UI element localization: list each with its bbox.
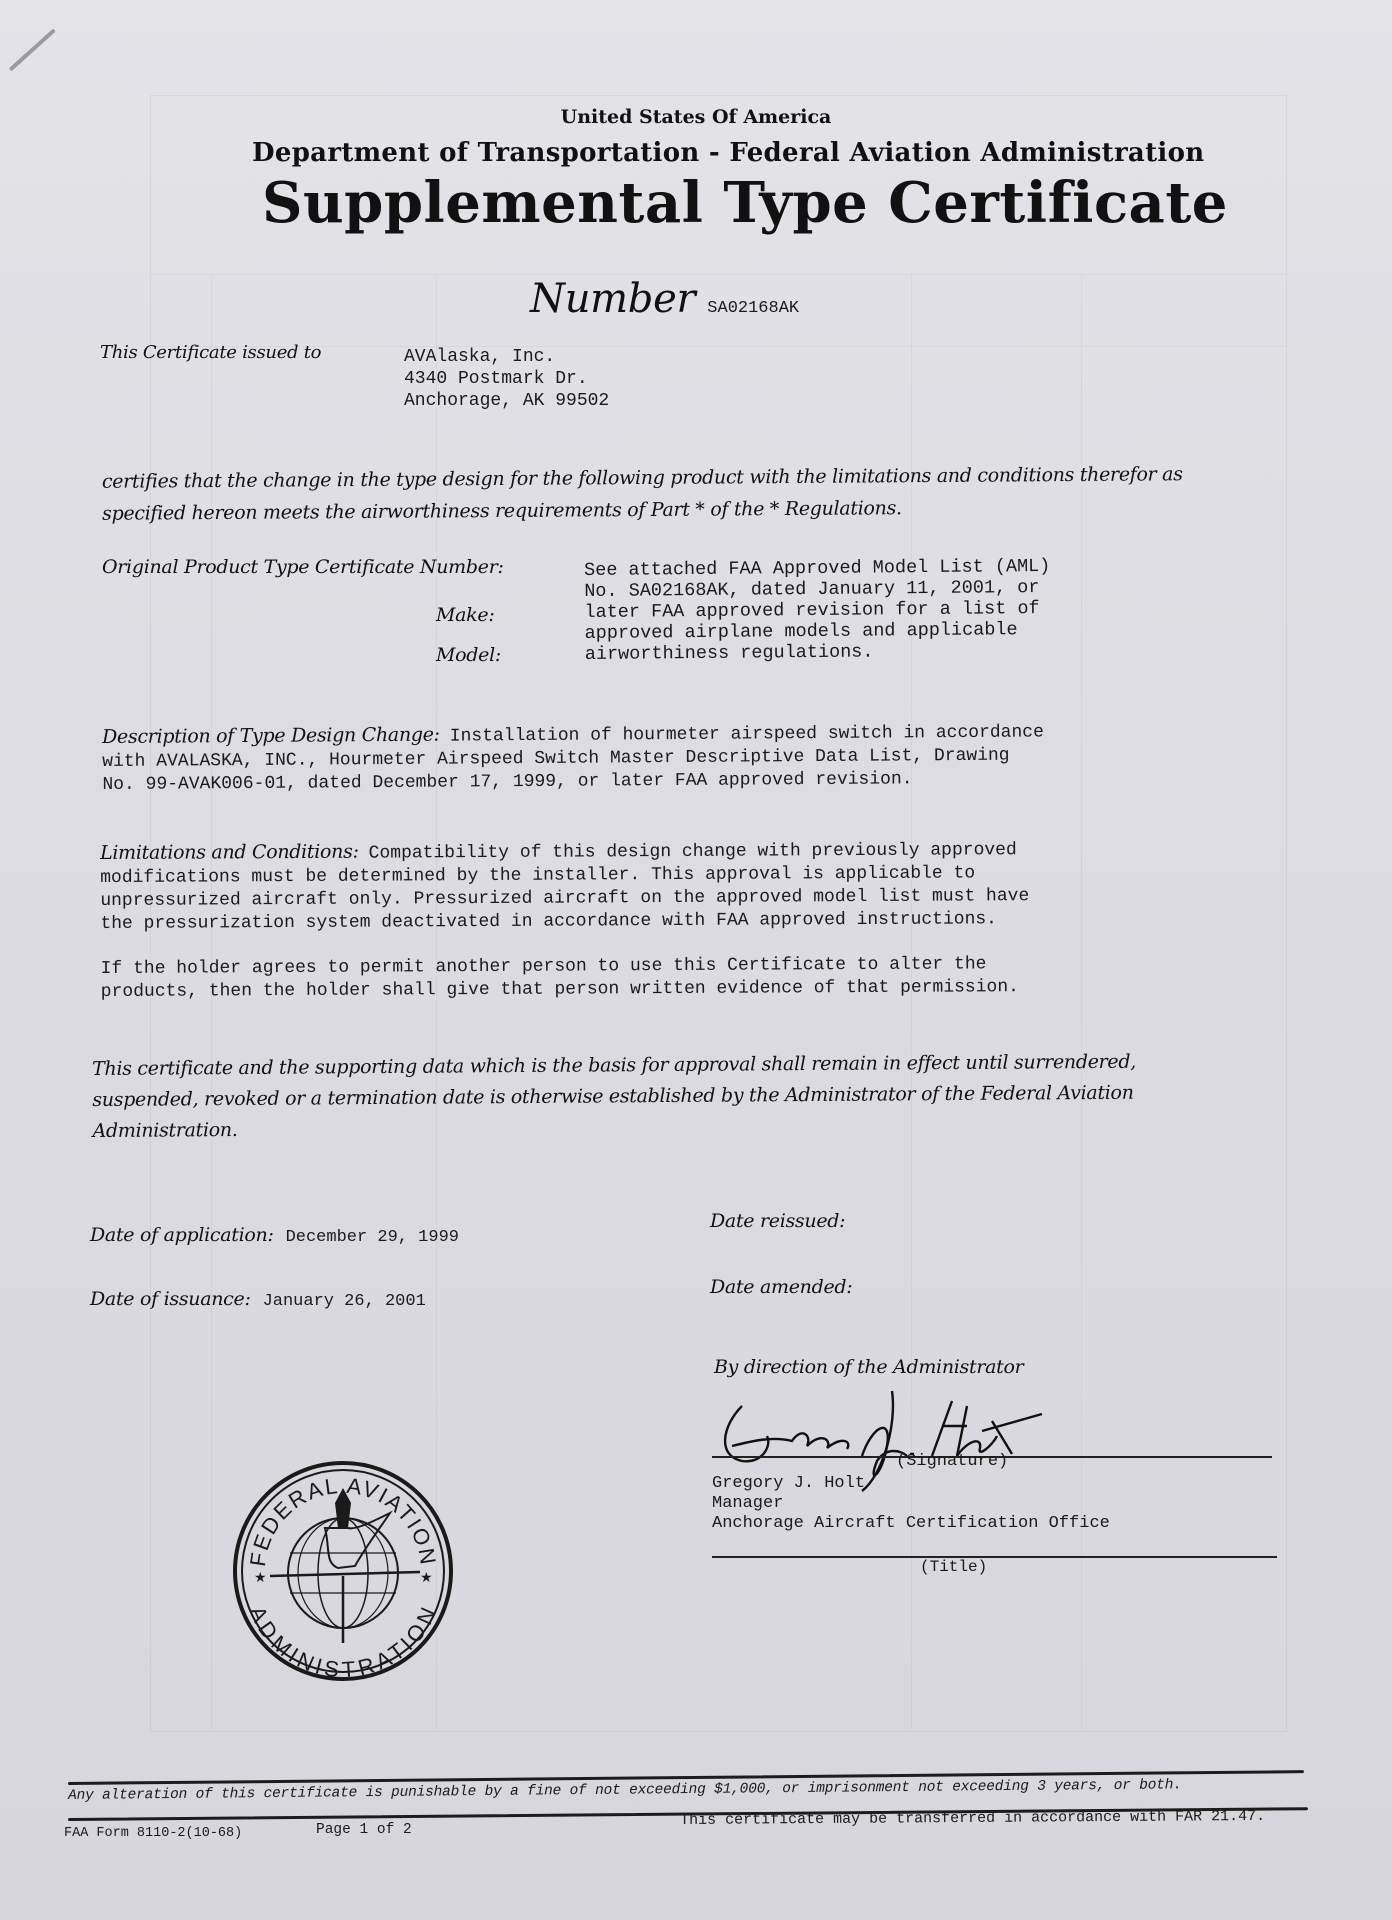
- make-label: Make:: [436, 604, 494, 626]
- date-reissued-label: Date reissued:: [710, 1210, 845, 1232]
- number-label: Number: [530, 276, 695, 322]
- model-label: Model:: [436, 644, 501, 666]
- holder-street: 4340 Postmark Dr.: [404, 368, 609, 390]
- title-caption: (Title): [920, 1558, 987, 1576]
- signatory-role: Manager: [712, 1494, 1110, 1514]
- page-indicator: Page 1 of 2: [316, 1822, 412, 1838]
- title-line: [712, 1556, 1277, 1558]
- certifies-statement: certifies that the change in the type de…: [102, 458, 1183, 530]
- limitations-label: Limitations and Conditions:: [100, 841, 359, 864]
- limitations-section: Limitations and Conditions: Compatibilit…: [100, 837, 1030, 1004]
- by-direction-label: By direction of the Administrator: [714, 1356, 1023, 1378]
- transfer-notice: This certificate may be transferred in a…: [680, 1808, 1265, 1829]
- original-product-label: Original Product Type Certificate Number…: [102, 556, 504, 578]
- pencil-mark: [9, 28, 56, 71]
- number-value: SA02168AK: [707, 299, 799, 318]
- date-of-issuance: Date of issuance: January 26, 2001: [90, 1288, 426, 1311]
- date-of-application: Date of application: December 29, 1999: [90, 1224, 459, 1247]
- issued-to-address: AVAlaska, Inc. 4340 Postmark Dr. Anchora…: [404, 346, 609, 412]
- signatory-details: Gregory J. Holt Manager Anchorage Aircra…: [712, 1474, 1110, 1534]
- holder-city: Anchorage, AK 99502: [404, 390, 609, 412]
- form-number: FAA Form 8110-2(10-68): [64, 1826, 242, 1841]
- certificate-page: United States Of America Department of T…: [0, 0, 1392, 1920]
- original-product-text: See attached FAA Approved Model List (AM…: [584, 556, 1051, 665]
- country-heading: United States Of America: [0, 106, 1392, 128]
- effect-statement: This certificate and the supporting data…: [92, 1047, 1136, 1147]
- signatory-name: Gregory J. Holt: [712, 1474, 1110, 1494]
- issued-to-label: This Certificate issued to: [100, 342, 321, 363]
- svg-text:★: ★: [254, 1570, 267, 1586]
- holder-name: AVAlaska, Inc.: [404, 346, 609, 368]
- description-label: Description of Type Design Change:: [102, 724, 440, 748]
- document-title: Supplemental Type Certificate: [262, 170, 1228, 236]
- certificate-number: Number SA02168AK: [530, 276, 799, 322]
- svg-text:★: ★: [420, 1570, 433, 1586]
- department-heading: Department of Transportation - Federal A…: [252, 138, 1204, 168]
- faa-seal-icon: FEDERAL AVIATION ADMINISTRATION ★ ★: [230, 1458, 456, 1684]
- description-section: Description of Type Design Change: Insta…: [102, 719, 1044, 797]
- signatory-office: Anchorage Aircraft Certification Office: [712, 1514, 1110, 1534]
- signature-caption: (Signature): [896, 1452, 1008, 1471]
- date-amended-label: Date amended:: [710, 1276, 852, 1298]
- permission-line-2: products, then the holder shall give tha…: [101, 976, 1030, 1004]
